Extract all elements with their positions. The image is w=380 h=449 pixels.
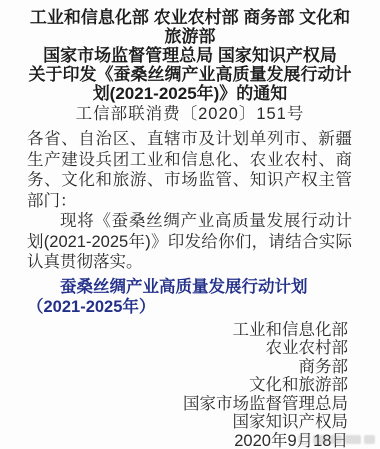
signature-block: 工业和信息化部 农业农村部 商务部 文化和旅游部 国家市场监督管理总局 国家知识… (0, 321, 380, 449)
signature-date: 2020年9月18日 (0, 432, 348, 449)
notice-document-page: 工业和信息化部 农业农村部 商务部 文化和旅游部 国家市场监督管理总局 国家知识… (0, 0, 380, 449)
document-number: 工信部联消费〔2020〕151号 (0, 105, 380, 124)
attachment-title-line1[interactable]: 蚕桑丝绸产业高质量发展行动计划 (27, 277, 352, 298)
signature-agency: 工业和信息化部 (0, 321, 348, 340)
signature-agency: 文化和旅游部 (0, 376, 348, 395)
main-paragraph: 现将《蚕桑丝绸产业高质量发展行动计划(2021-2025年)》印发给你们，请结合… (27, 211, 352, 273)
signature-agency: 国家市场监督管理总局 (0, 395, 348, 414)
signature-agency: 国家知识产权局 (0, 413, 348, 432)
signature-agency: 商务部 (0, 358, 348, 377)
salutation-paragraph: 各省、自治区、直辖市及计划单列市、新疆生产建设兵团工业和信息化、农业农村、商务、… (27, 129, 352, 211)
issuing-agencies-line1: 工业和信息化部 农业农村部 商务部 文化和旅游部 (25, 8, 355, 46)
attachment-title-line2[interactable]: （2021-2025年） (27, 297, 352, 318)
document-body: 各省、自治区、直辖市及计划单列市、新疆生产建设兵团工业和信息化、农业农村、商务、… (0, 129, 380, 273)
signature-agency: 农业农村部 (0, 339, 348, 358)
document-header: 工业和信息化部 农业农村部 商务部 文化和旅游部 国家市场监督管理总局 国家知识… (0, 0, 380, 103)
document-subject-title: 关于印发《蚕桑丝绸产业高质量发展行动计划(2021-2025年)》的通知 (25, 65, 355, 103)
attachment-title-link[interactable]: 蚕桑丝绸产业高质量发展行动计划 （2021-2025年） (0, 277, 380, 318)
issuing-agencies-line2: 国家市场监督管理总局 国家知识产权局 (25, 46, 355, 65)
